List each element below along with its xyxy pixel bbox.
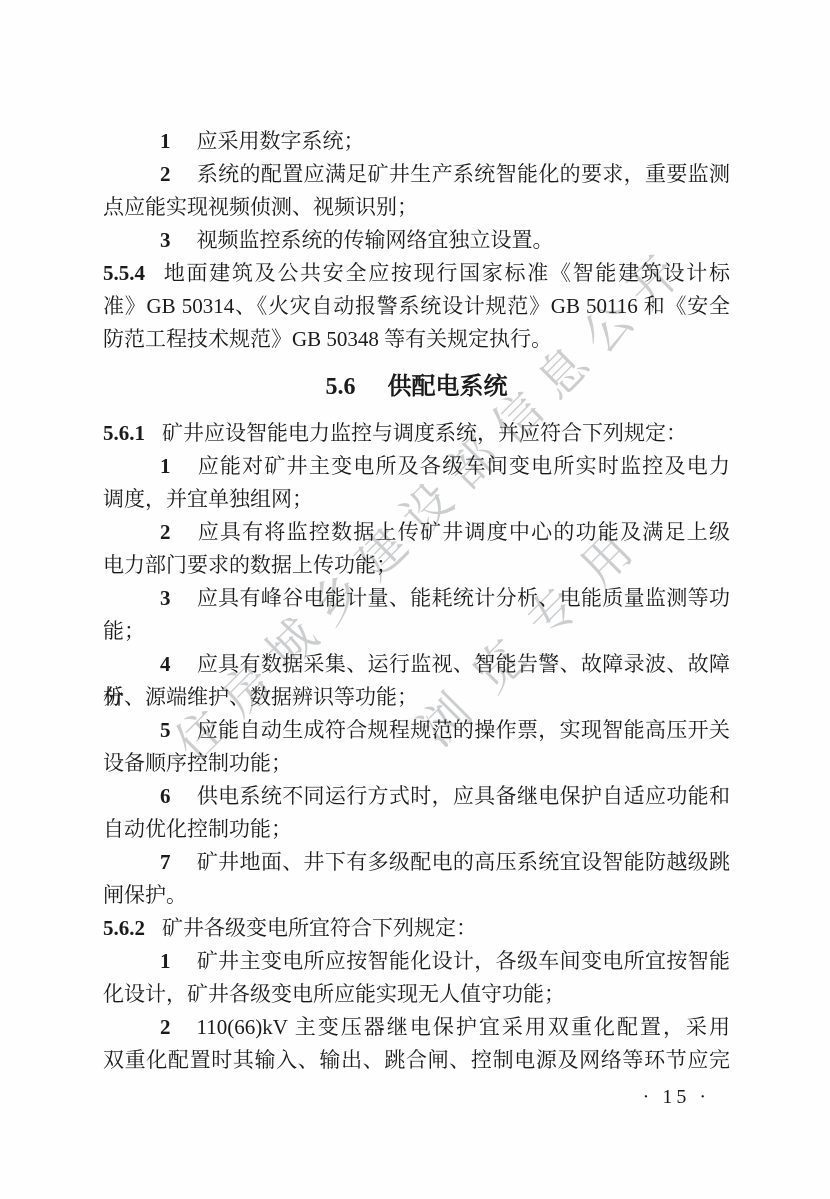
text-line: 5.6.2矿井各级变电所宜符合下列规定： — [103, 912, 730, 945]
page-content: 1应采用数字系统；2系统的配置应满足矿井生产系统智能化的要求，重要监测点应能实现… — [103, 125, 730, 1077]
text-line: 设备顺序控制功能； — [103, 747, 730, 780]
text-line: 1应能对矿井主变电所及各级车间变电所实时监控及电力 — [103, 450, 730, 483]
text-line: 双重化配置时其输入、输出、跳合闸、控制电源及网络等环节应完 — [103, 1044, 730, 1077]
line-number: 6 — [160, 784, 171, 808]
line-text: 准》GB 50314、《火灾自动报警系统设计规范》GB 50116 和《安全 — [103, 294, 730, 318]
line-text: 电力部门要求的数据上传功能； — [103, 553, 397, 577]
text-line: 4应具有数据采集、运行监视、智能告警、故障录波、故障分 — [103, 648, 730, 681]
text-line: 6供电系统不同运行方式时，应具备继电保护自适应功能和 — [103, 780, 730, 813]
text-line: 2应具有将监控数据上传矿井调度中心的功能及满足上级 — [103, 516, 730, 549]
line-text: 矿井各级变电所宜符合下列规定： — [162, 916, 477, 940]
line-number: 2 — [160, 1015, 171, 1039]
line-number: 5.6.1 — [103, 421, 145, 445]
text-line: 3视频监控系统的传输网络宜独立设置。 — [103, 224, 730, 257]
line-number: 2 — [160, 162, 171, 186]
text-line: 2110(66)kV 主变压器继电保护宜采用双重化配置，采用 — [103, 1011, 730, 1044]
line-number: 3 — [160, 228, 171, 252]
line-text: 应具有峰谷电能计量、能耗统计分析、电能质量监测等功 — [197, 586, 731, 610]
line-text: 化设计，矿井各级变电所应能实现无人值守功能； — [103, 982, 565, 1006]
text-line: 1矿井主变电所应按智能化设计，各级车间变电所宜按智能 — [103, 945, 730, 978]
line-text: 应能对矿井主变电所及各级车间变电所实时监控及电力 — [197, 454, 731, 478]
line-text: 供电系统不同运行方式时，应具备继电保护自适应功能和 — [197, 784, 731, 808]
line-number: 2 — [160, 520, 171, 544]
text-line: 1应采用数字系统； — [103, 125, 730, 158]
line-text: 系统的配置应满足矿井生产系统智能化的要求，重要监测 — [197, 162, 731, 186]
line-text: 应具有将监控数据上传矿井调度中心的功能及满足上级 — [197, 520, 731, 544]
line-number: 1 — [160, 454, 171, 478]
page-number: · 15 · — [643, 1086, 710, 1109]
line-text: 防范工程技术规范》GB 50348 等有关规定执行。 — [103, 327, 552, 351]
body-text: 1应采用数字系统；2系统的配置应满足矿井生产系统智能化的要求，重要监测点应能实现… — [103, 125, 730, 1077]
line-text: 应能自动生成符合规程规范的操作票，实现智能高压开关 — [197, 718, 731, 742]
line-number: 1 — [160, 949, 171, 973]
text-line: 防范工程技术规范》GB 50348 等有关规定执行。 — [103, 323, 730, 356]
line-text: 闸保护。 — [103, 883, 187, 907]
document-page: 住房城乡建设部信息公开 浏览专用 1应采用数字系统；2系统的配置应满足矿井生产系… — [0, 0, 830, 1199]
line-text: 应采用数字系统； — [197, 129, 365, 153]
line-text: 地面建筑及公共安全应按现行国家标准《智能建筑设计标 — [162, 261, 730, 285]
line-number: 5 — [160, 718, 171, 742]
line-text: 视频监控系统的传输网络宜独立设置。 — [197, 228, 554, 252]
text-line: 5.6.1矿井应设智能电力监控与调度系统，并应符合下列规定： — [103, 417, 730, 450]
text-line: 2系统的配置应满足矿井生产系统智能化的要求，重要监测 — [103, 158, 730, 191]
text-line: 5.5.4地面建筑及公共安全应按现行国家标准《智能建筑设计标 — [103, 257, 730, 290]
section-heading: 5.6供配电系统 — [103, 370, 730, 403]
line-text: 调度，并宜单独组网； — [103, 487, 313, 511]
section-heading-number: 5.6 — [326, 374, 356, 400]
line-number: 7 — [160, 850, 171, 874]
line-text: 点应能实现视频侦测、视频识别； — [103, 195, 418, 219]
text-line: 自动优化控制功能； — [103, 813, 730, 846]
text-line: 点应能实现视频侦测、视频识别； — [103, 191, 730, 224]
text-line: 7矿井地面、井下有多级配电的高压系统宜设智能防越级跳 — [103, 846, 730, 879]
line-number: 5.6.2 — [103, 916, 145, 940]
text-line: 闸保护。 — [103, 879, 730, 912]
line-text: 自动优化控制功能； — [103, 817, 292, 841]
line-text: 析、源端维护、数据辨识等功能； — [103, 685, 418, 709]
text-line: 准》GB 50314、《火灾自动报警系统设计规范》GB 50116 和《安全 — [103, 290, 730, 323]
line-text: 矿井主变电所应按智能化设计，各级车间变电所宜按智能 — [197, 949, 731, 973]
line-text: 矿井应设智能电力监控与调度系统，并应符合下列规定： — [162, 421, 687, 445]
text-line: 析、源端维护、数据辨识等功能； — [103, 681, 730, 714]
text-line: 调度，并宜单独组网； — [103, 483, 730, 516]
line-number: 3 — [160, 586, 171, 610]
line-number: 4 — [160, 652, 171, 676]
text-line: 3应具有峰谷电能计量、能耗统计分析、电能质量监测等功 — [103, 582, 730, 615]
line-number: 5.5.4 — [103, 261, 145, 285]
line-text: 能； — [103, 619, 145, 643]
line-text: 110(66)kV 主变压器继电保护宜采用双重化配置，采用 — [197, 1015, 731, 1039]
line-number: 1 — [160, 129, 171, 153]
line-text: 矿井地面、井下有多级配电的高压系统宜设智能防越级跳 — [197, 850, 731, 874]
text-line: 5应能自动生成符合规程规范的操作票，实现智能高压开关 — [103, 714, 730, 747]
text-line: 电力部门要求的数据上传功能； — [103, 549, 730, 582]
line-text: 设备顺序控制功能； — [103, 751, 292, 775]
section-heading-title: 供配电系统 — [388, 373, 508, 400]
text-line: 化设计，矿井各级变电所应能实现无人值守功能； — [103, 978, 730, 1011]
line-text: 双重化配置时其输入、输出、跳合闸、控制电源及网络等环节应完 — [103, 1048, 730, 1072]
text-line: 能； — [103, 615, 730, 648]
